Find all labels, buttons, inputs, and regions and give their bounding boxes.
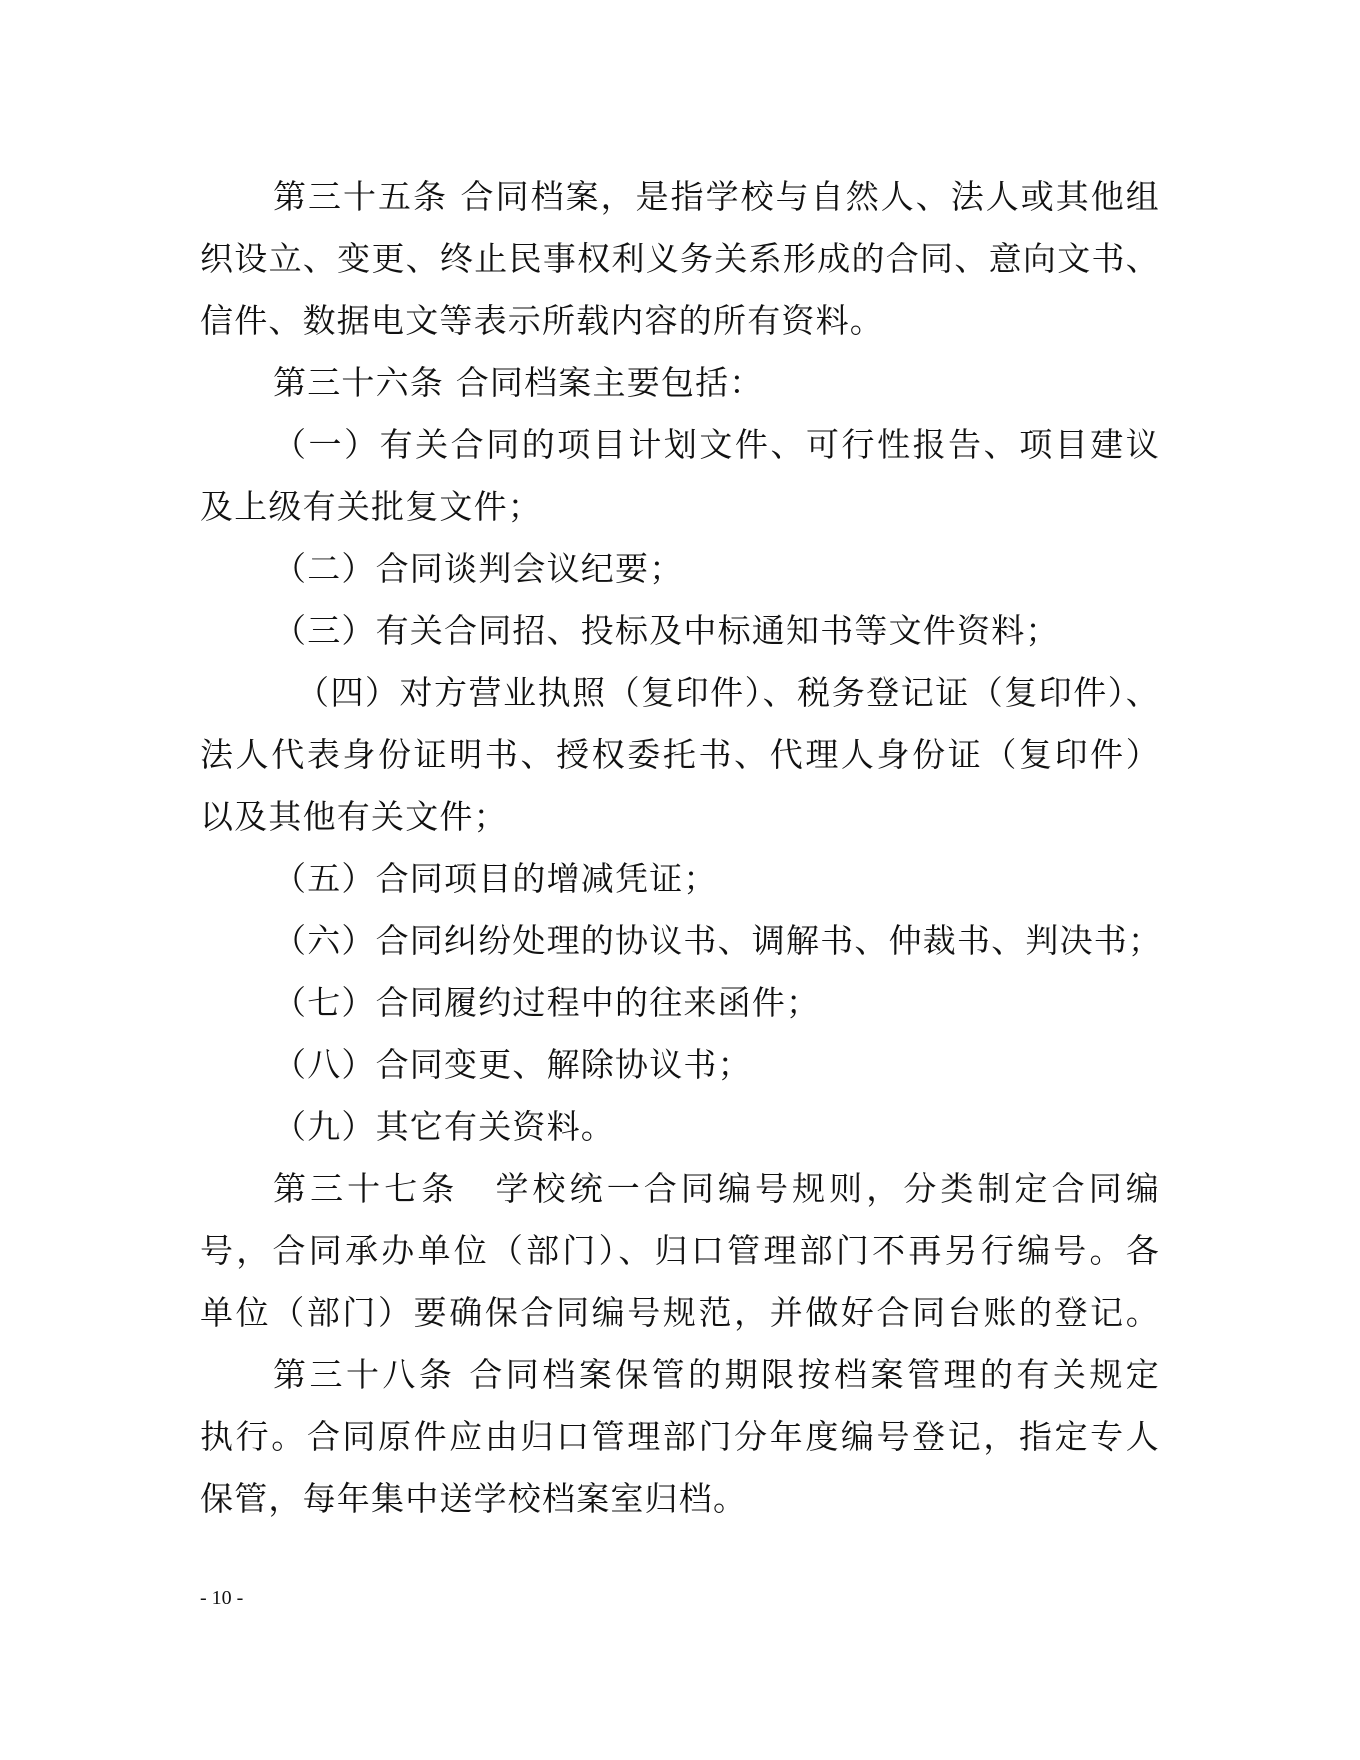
article-37-line-1: 第三十七条 学校统一合同编号规则，分类制定合同编 [273, 1158, 1160, 1220]
article-36-item-2: （二）合同谈判会议纪要； [273, 538, 1160, 600]
article-36-item-4-line-2: 法人代表身份证明书、授权委托书、代理人身份证（复印件） [200, 724, 1160, 786]
article-35-line-3: 信件、数据电文等表示所载内容的所有资料。 [200, 290, 1160, 352]
article-38-line-3: 保管，每年集中送学校档案室归档。 [200, 1468, 1160, 1530]
article-36-item-1-line-1: （一）有关合同的项目计划文件、可行性报告、项目建议 [273, 414, 1160, 476]
article-36-item-4-line-1: （四）对方营业执照（复印件）、税务登记证（复印件）、 [296, 662, 1160, 724]
article-36-item-8: （八）合同变更、解除协议书； [273, 1034, 1160, 1096]
article-38-line-1: 第三十八条 合同档案保管的期限按档案管理的有关规定 [273, 1344, 1160, 1406]
document-page: 第三十五条 合同档案，是指学校与自然人、法人或其他组 织设立、变更、终止民事权利… [0, 0, 1360, 1760]
article-35-line-2: 织设立、变更、终止民事权利义务关系形成的合同、意向文书、 [200, 228, 1160, 290]
article-36-item-4-line-3: 以及其他有关文件； [200, 786, 1160, 848]
article-36-item-3: （三）有关合同招、投标及中标通知书等文件资料； [273, 600, 1160, 662]
article-37-line-3: 单位（部门）要确保合同编号规范，并做好合同台账的登记。 [200, 1282, 1160, 1344]
article-36-heading: 第三十六条 合同档案主要包括： [273, 352, 1160, 414]
article-36-item-6: （六）合同纠纷处理的协议书、调解书、仲裁书、判决书； [273, 910, 1160, 972]
article-36-item-9: （九）其它有关资料。 [273, 1096, 1160, 1158]
article-36-item-7: （七）合同履约过程中的往来函件； [273, 972, 1160, 1034]
article-37-line-2: 号，合同承办单位（部门）、归口管理部门不再另行编号。各 [200, 1220, 1160, 1282]
article-36-item-5: （五）合同项目的增减凭证； [273, 848, 1160, 910]
article-35-line-1: 第三十五条 合同档案，是指学校与自然人、法人或其他组 [273, 166, 1160, 228]
article-38-line-2: 执行。合同原件应由归口管理部门分年度编号登记，指定专人 [200, 1406, 1160, 1468]
page-number: - 10 - [200, 1584, 243, 1612]
article-36-item-1-line-2: 及上级有关批复文件； [200, 476, 1160, 538]
